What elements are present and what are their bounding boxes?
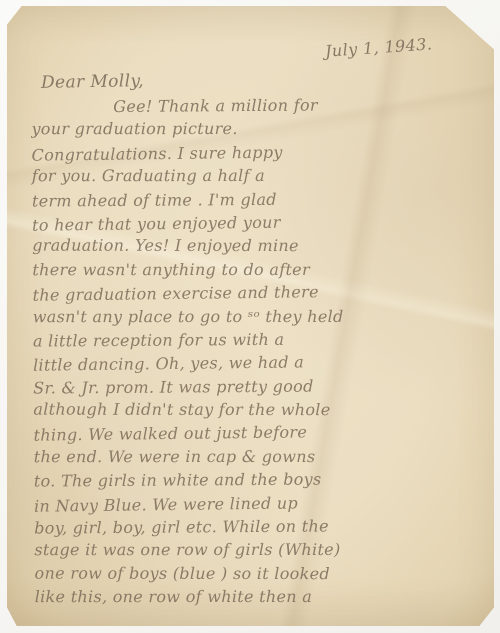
letter-paper: July 1, 1943. Dear Molly, Gee! Thank a m… bbox=[7, 6, 494, 626]
letter-line: wasn't any place to go to ˢᵒ they held bbox=[33, 306, 476, 330]
letter-line: Sr. & Jr. prom. It was pretty good bbox=[33, 375, 476, 401]
letter-line: one row of boys (blue ) so it looked bbox=[35, 563, 478, 587]
letter-line: the end. We were in cap & gowns bbox=[34, 447, 477, 471]
letter-line: like this, one row of white then a bbox=[35, 587, 478, 611]
letter-line: boy, girl, boy, girl etc. While on the bbox=[34, 515, 477, 541]
letter-body: Gee! Thank a million foryour graduation … bbox=[31, 94, 478, 612]
letter-line: for you. Graduating a half a bbox=[32, 166, 475, 190]
letter-line: to hear that you enjoyed your bbox=[32, 210, 475, 239]
letter-line: in Navy Blue. We were lined up bbox=[34, 491, 477, 520]
letter-salutation: Dear Molly, bbox=[41, 71, 144, 93]
letter-line: there wasn't anything to do after bbox=[32, 260, 475, 284]
letter-line: Congratulations. I sure happy bbox=[31, 140, 474, 169]
letter-line: thing. We walked out just before bbox=[33, 421, 476, 450]
letter-date: July 1, 1943. bbox=[324, 34, 432, 60]
letter-line: graduation. Yes! I enjoyed mine bbox=[32, 236, 475, 260]
letter-line: stage it was one row of girls (White) bbox=[34, 540, 477, 564]
letter-line: Gee! Thank a million for bbox=[31, 94, 474, 120]
letter-line: your graduation picture. bbox=[31, 119, 474, 143]
letter-line: the graduation exercise and there bbox=[32, 280, 475, 309]
